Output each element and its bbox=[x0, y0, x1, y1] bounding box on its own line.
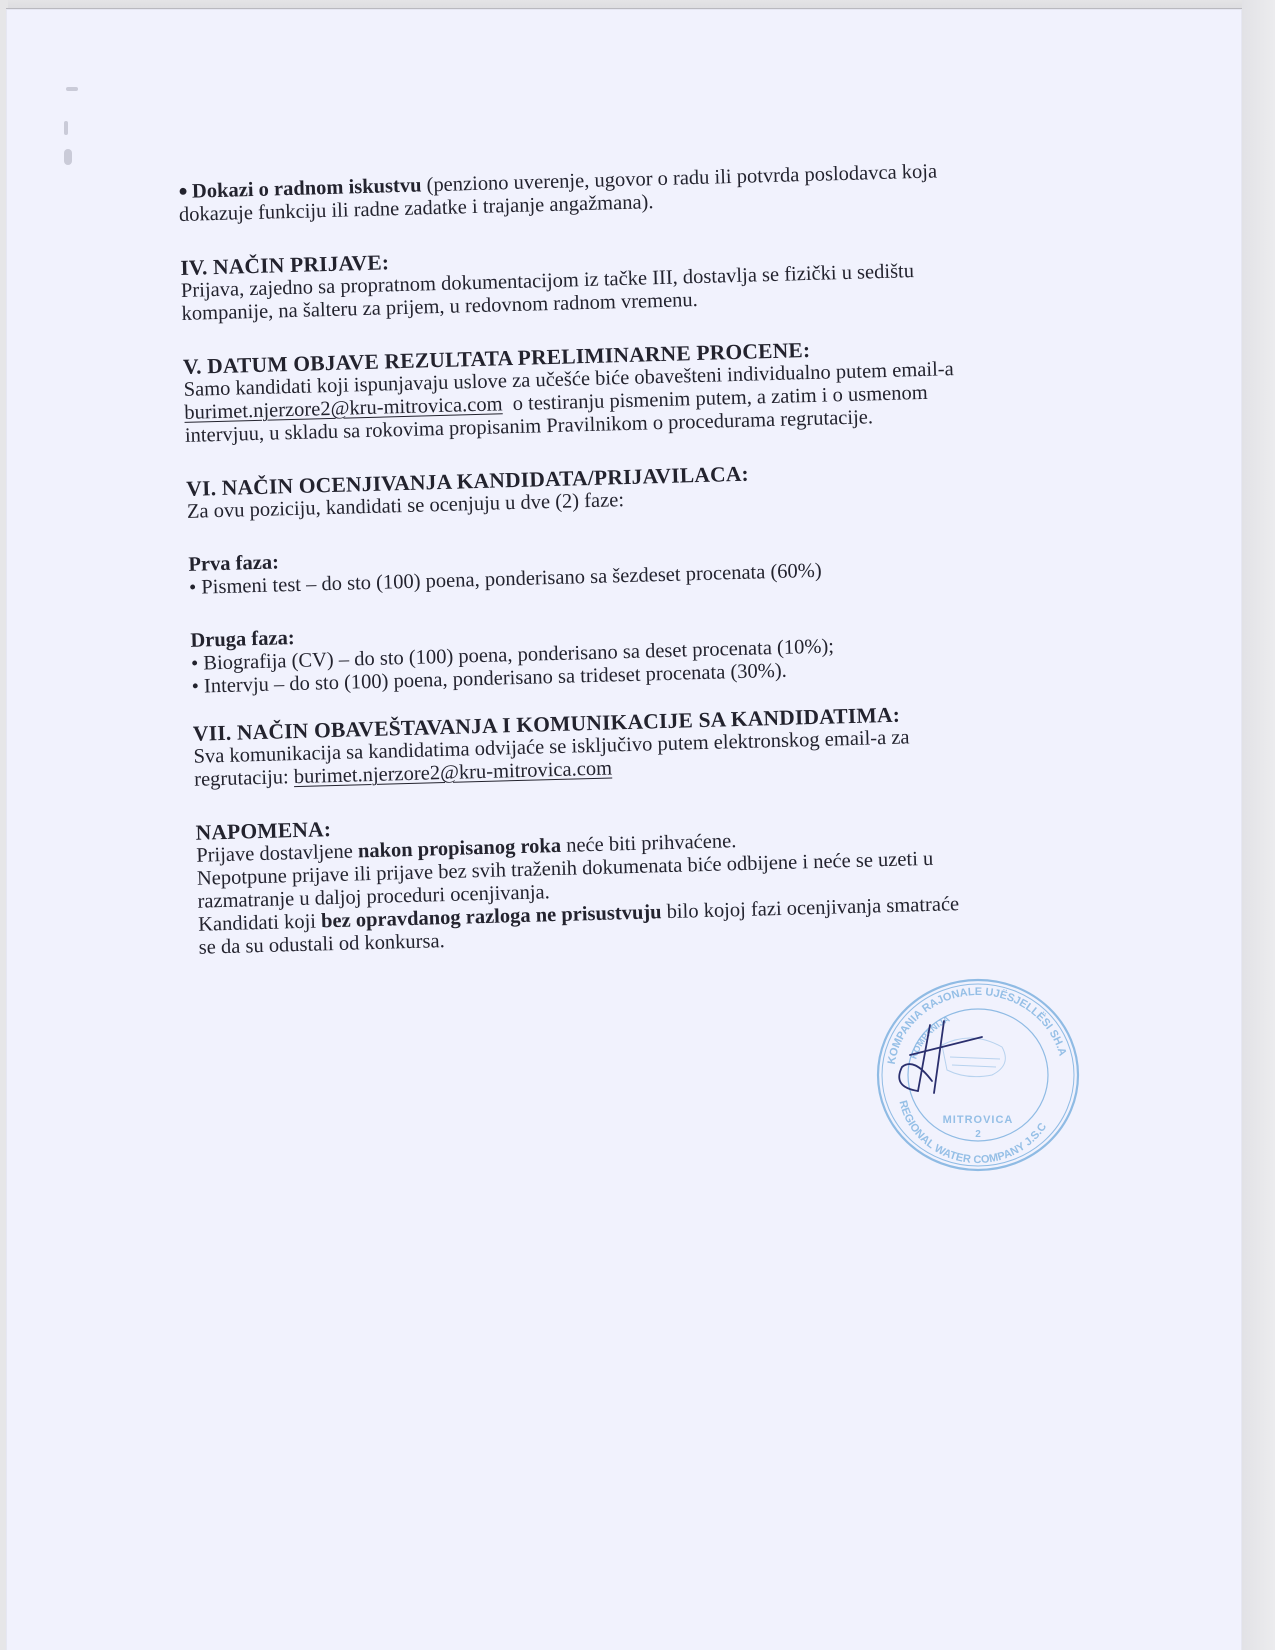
document-body: ●Dokazi o radnom iskustvu (penziono uver… bbox=[178, 157, 1059, 960]
scan-right-edge bbox=[1242, 0, 1275, 1650]
note-text-part: Prijave dostavljene bbox=[196, 840, 358, 866]
svg-text:REGIONAL WATER COMPANY J.S.C: REGIONAL WATER COMPANY J.S.C bbox=[896, 1099, 1049, 1166]
section-text-prefix: regrutaciju: bbox=[194, 766, 294, 791]
bullet-icon: • bbox=[191, 652, 204, 674]
note-text-part: Kandidati koji bbox=[198, 910, 322, 935]
bullet-icon: • bbox=[189, 577, 202, 599]
company-stamp: KOMPANIA RAJONALE UJËSJELLËSI SH.A REGIO… bbox=[872, 975, 1084, 1175]
punch-mark-icon bbox=[64, 121, 68, 135]
punch-mark-icon bbox=[66, 87, 78, 91]
stamp-seal-icon: KOMPANIA RAJONALE UJËSJELLËSI SH.A REGIO… bbox=[872, 975, 1084, 1175]
svg-text:2: 2 bbox=[975, 1129, 981, 1140]
bullet-icon: • bbox=[191, 675, 204, 697]
bullet-icon: ● bbox=[178, 183, 188, 200]
svg-text:MITROVICA: MITROVICA bbox=[943, 1114, 1014, 1126]
punch-mark-icon bbox=[64, 149, 72, 165]
